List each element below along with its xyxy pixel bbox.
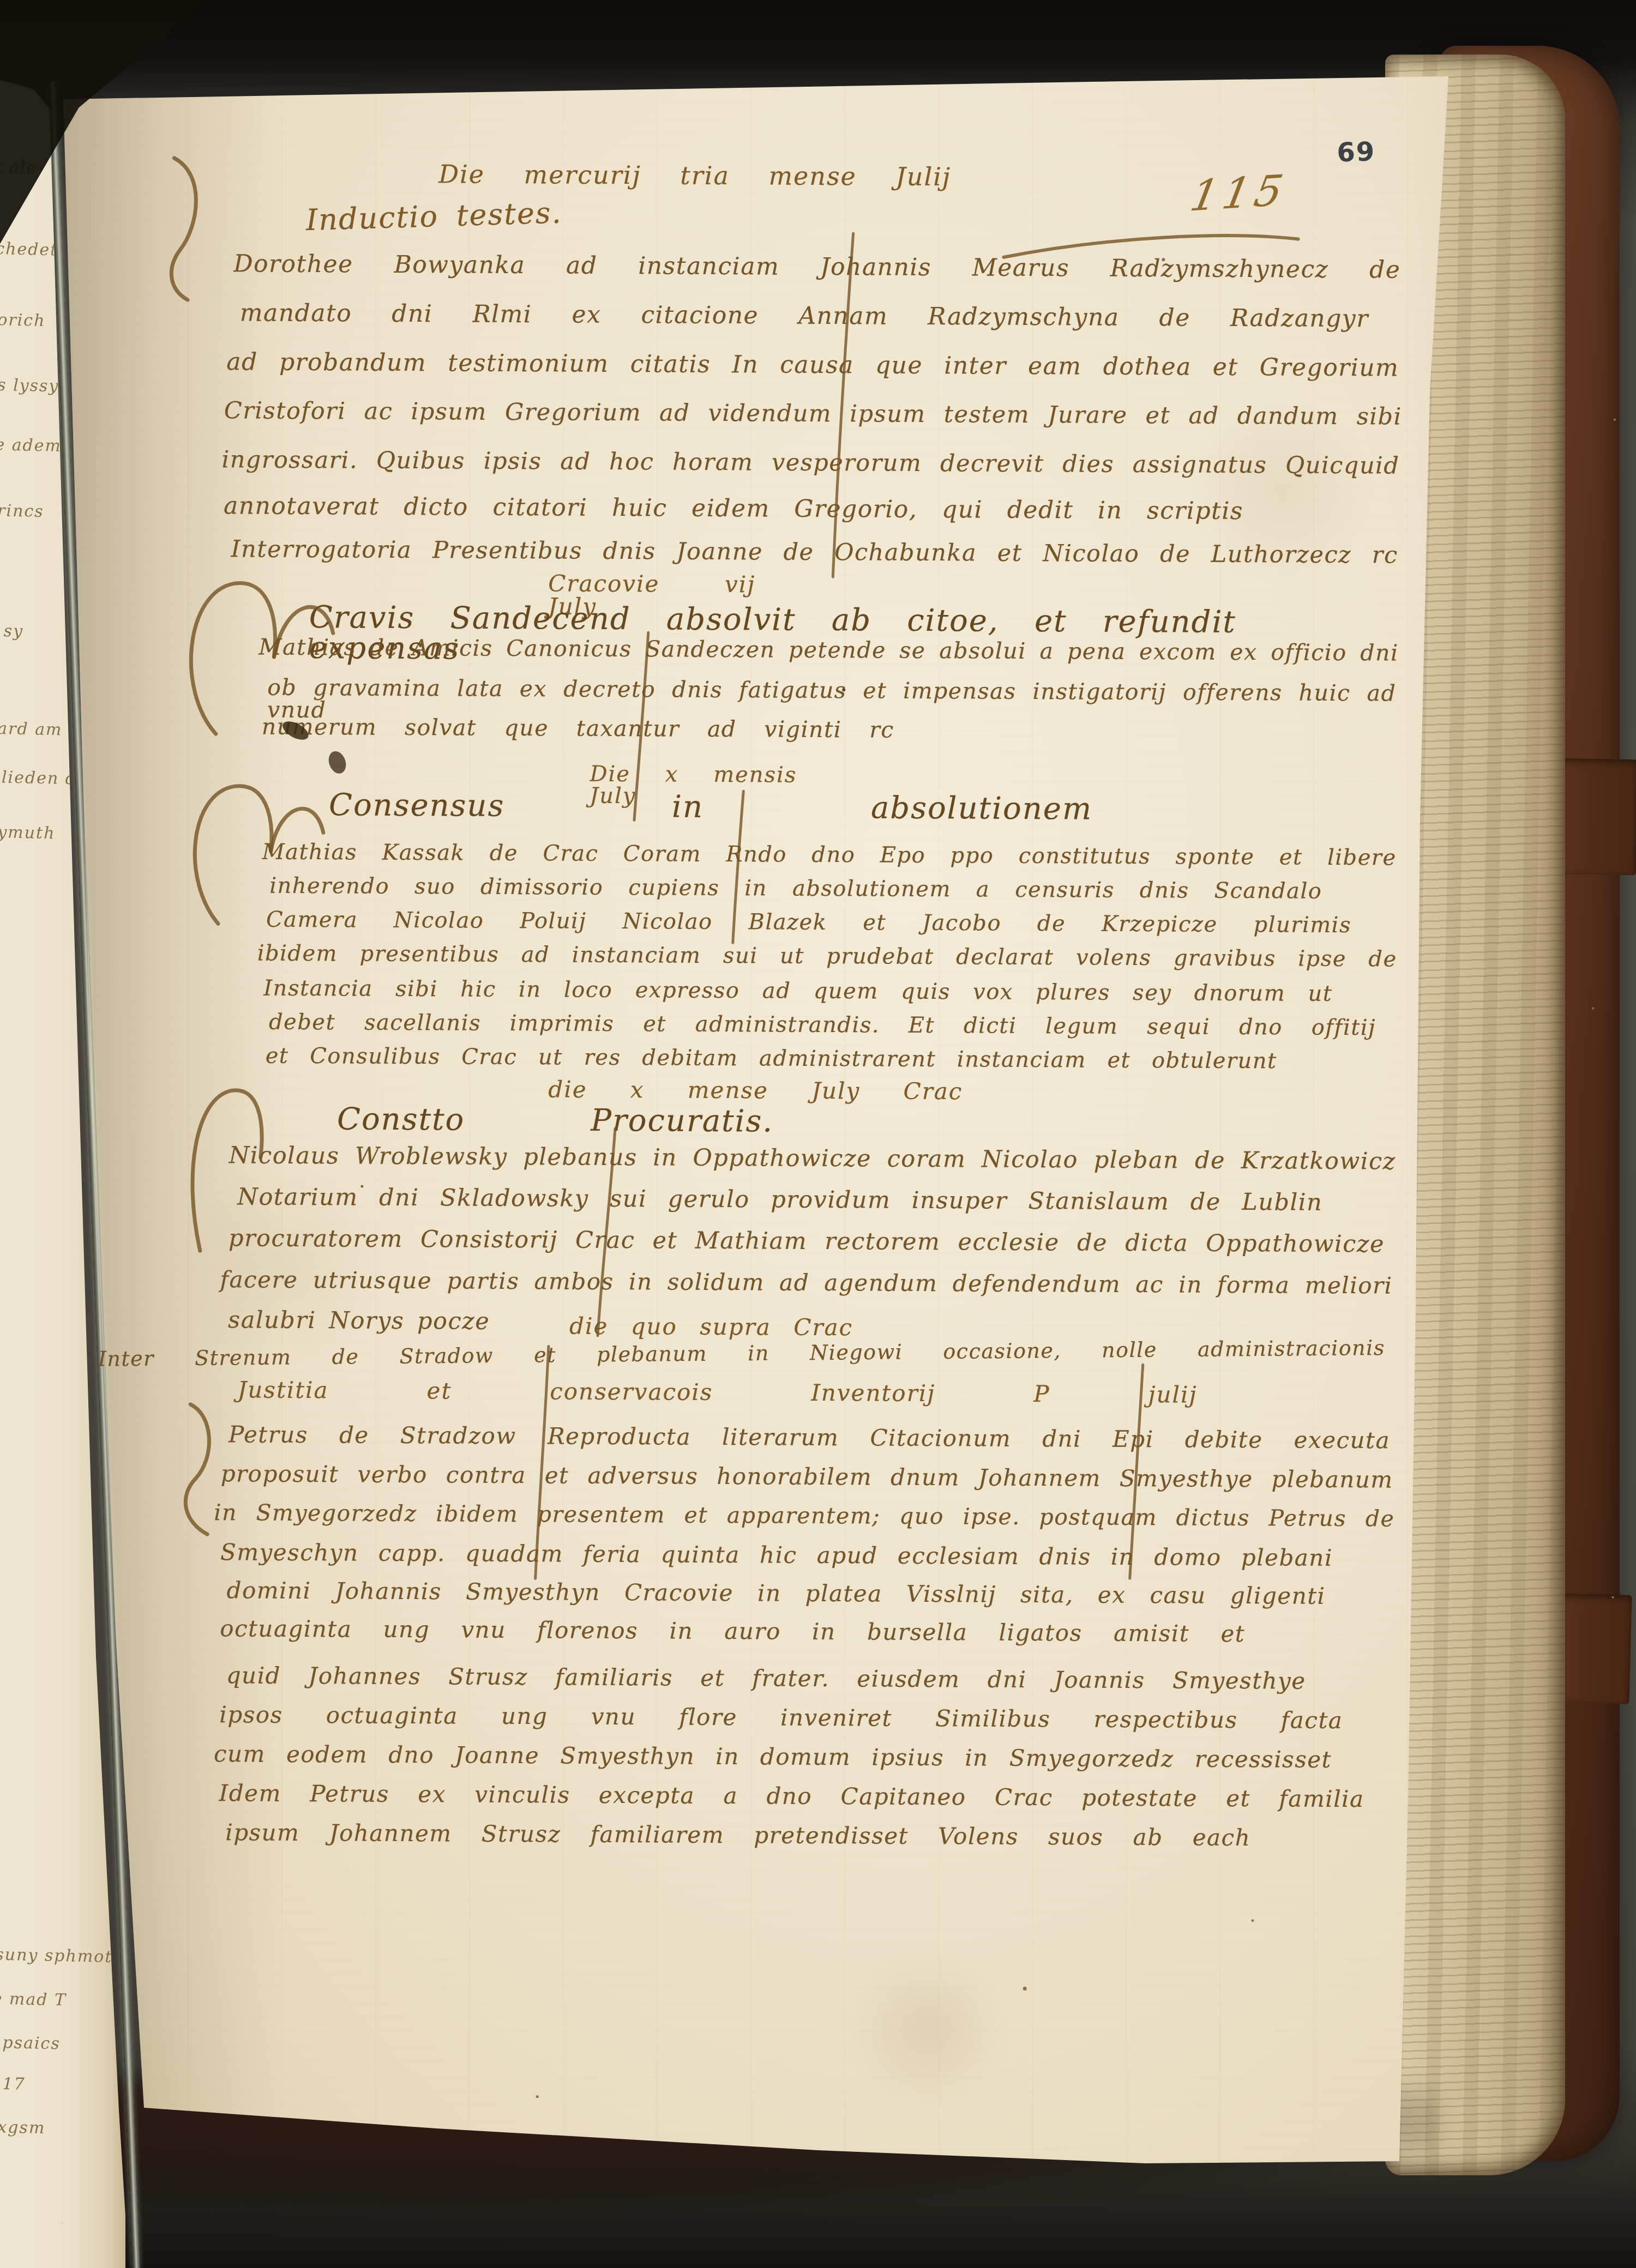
manuscript-photo: st ale schedet norich ds lyssyn re ademu… xyxy=(0,0,1636,2268)
paper-speck xyxy=(842,688,845,691)
dust-speck xyxy=(1592,1007,1594,1009)
dust-speck xyxy=(1614,419,1616,421)
ink-flourishes xyxy=(0,0,1636,2268)
paper-speck xyxy=(536,2095,539,2098)
handwriting-layer: 69 115 Die mercurij tria mense Julij Ind… xyxy=(0,0,1636,2268)
paper-speck xyxy=(1251,1919,1254,1922)
paper-speck xyxy=(1023,1987,1027,1990)
dust-speck xyxy=(1612,1596,1614,1599)
paper-speck xyxy=(1162,258,1165,261)
dust-speck xyxy=(61,2222,64,2224)
paper-speck xyxy=(360,1185,363,1188)
